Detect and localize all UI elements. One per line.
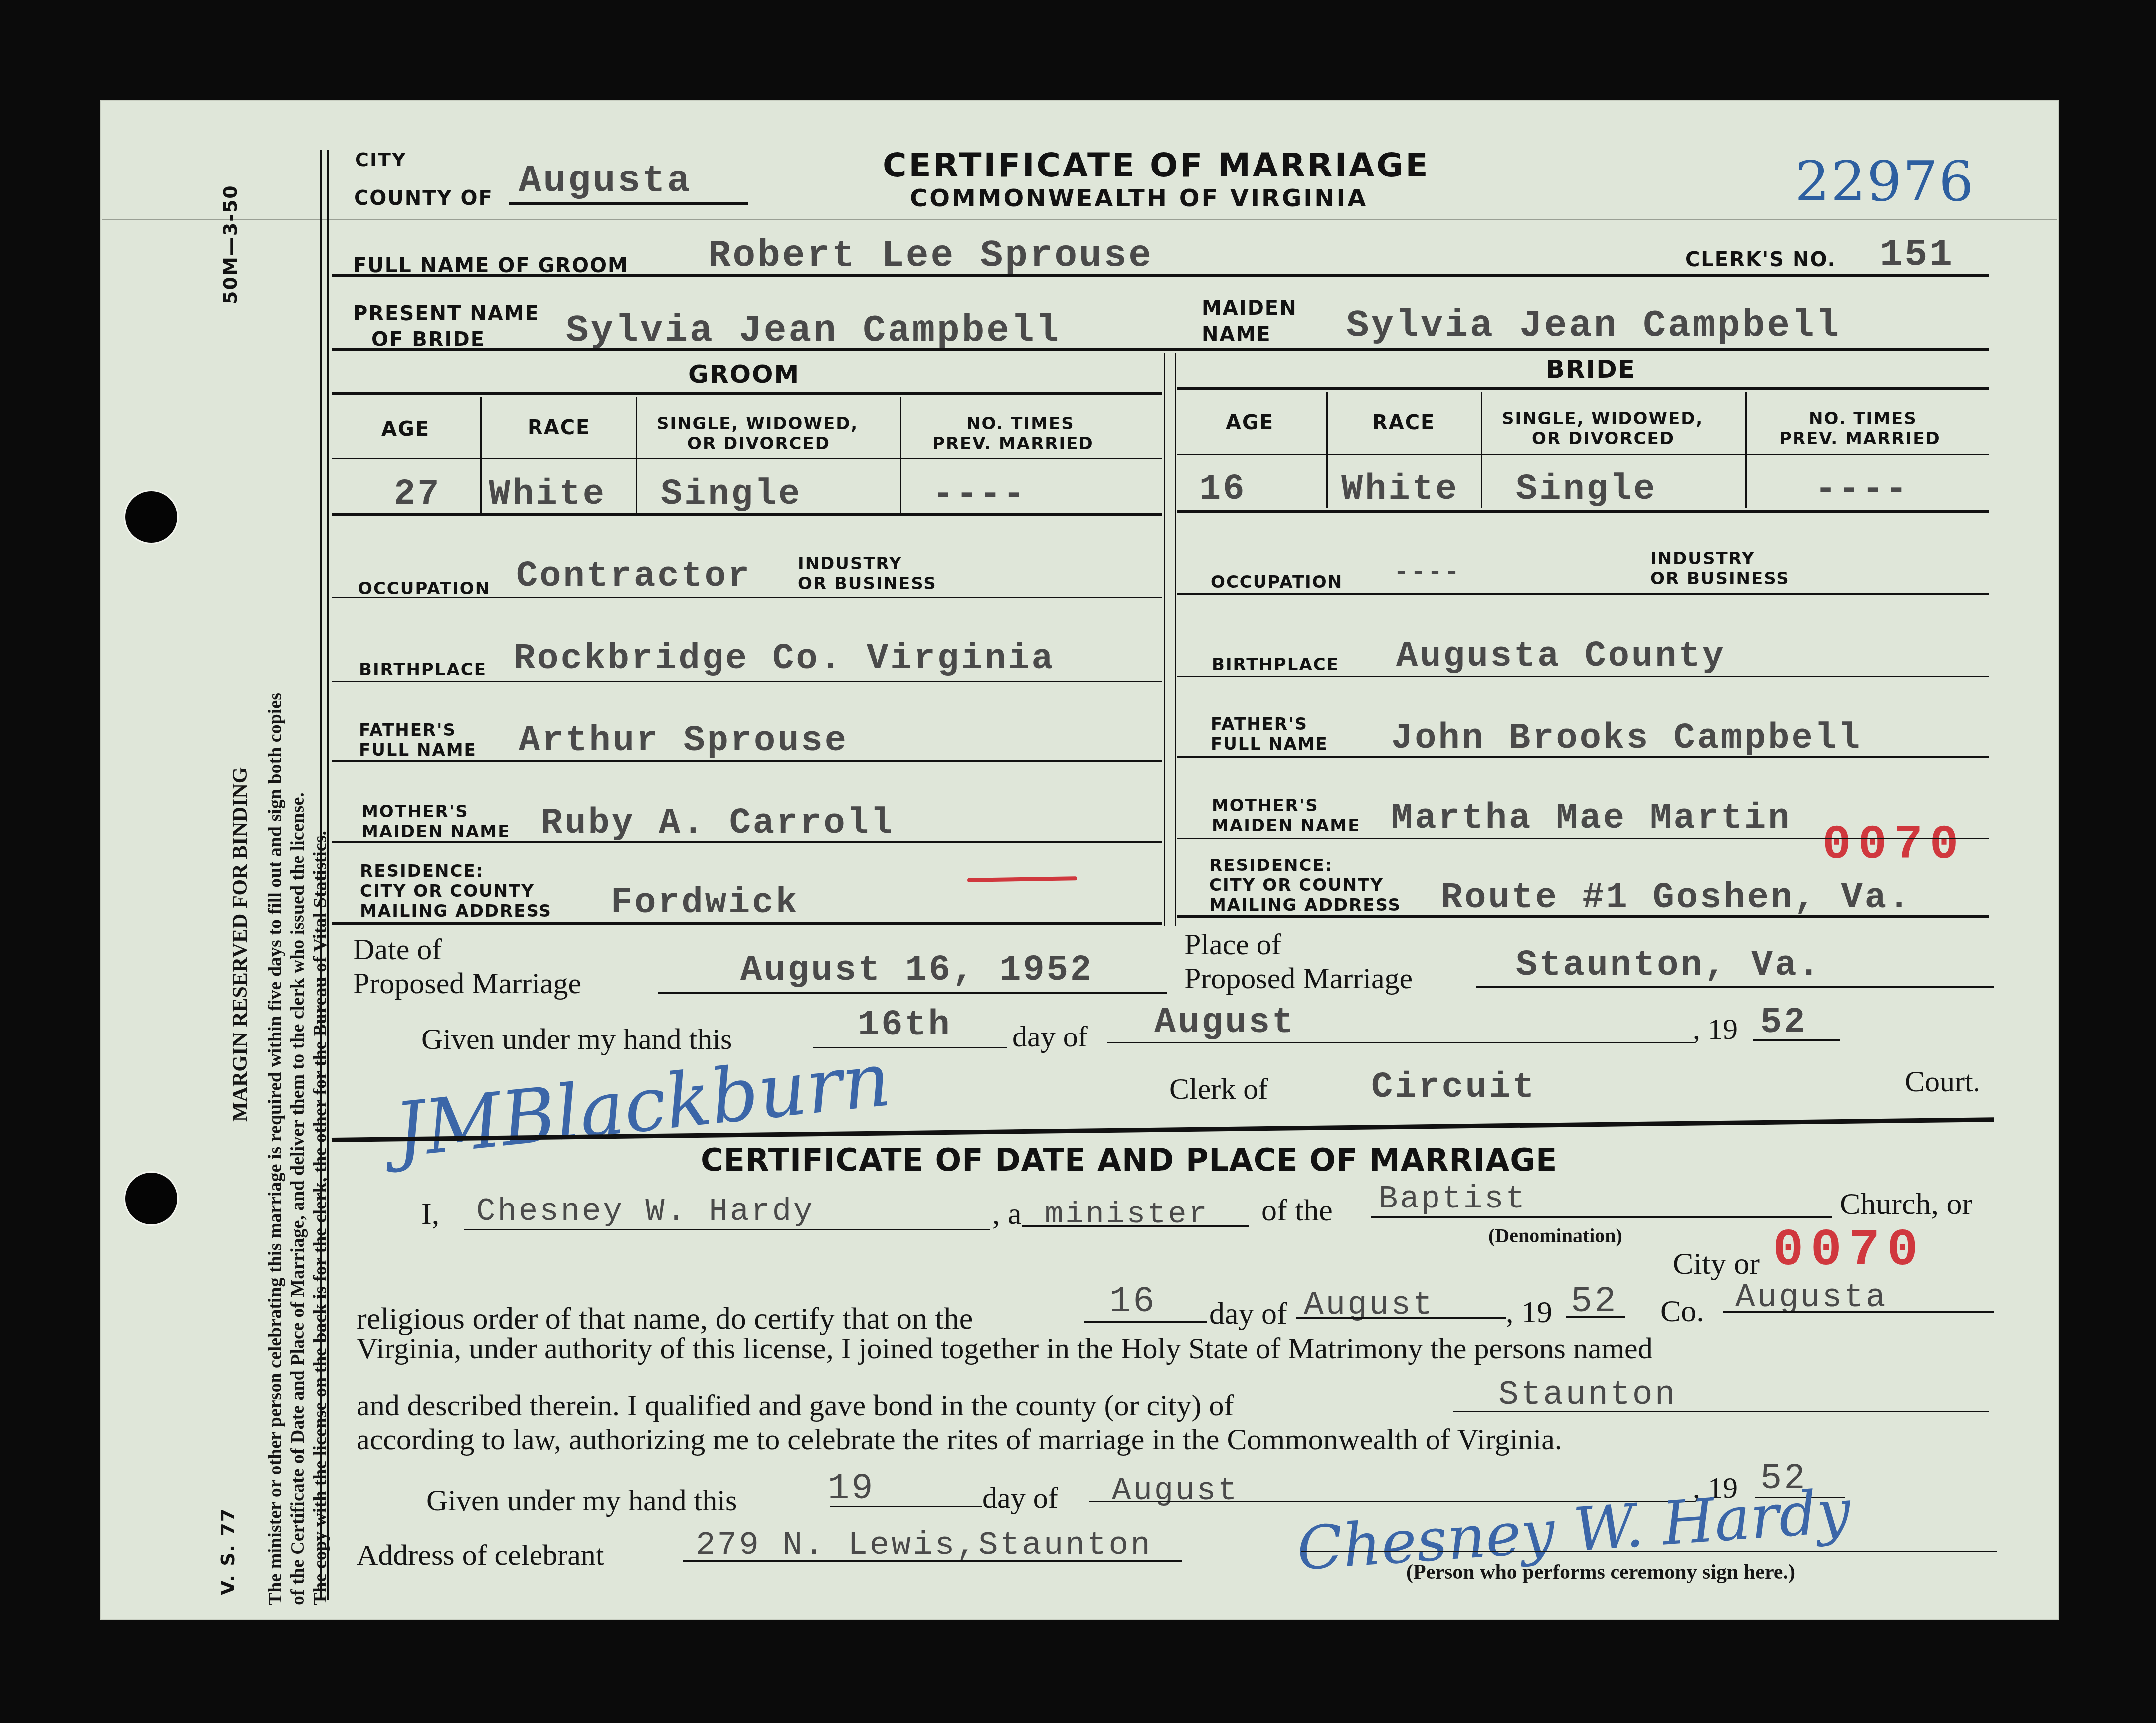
church-or-label: Church, or <box>1840 1187 1972 1222</box>
bride-occupation-label: OCCUPATION <box>1211 573 1343 591</box>
bride-maiden-label-2: NAME <box>1202 324 1271 345</box>
groom-residence-line <box>332 922 1162 925</box>
binding-hole-bottom <box>125 1173 177 1224</box>
groom-residence-label-2: CITY OR COUNTY <box>360 882 535 900</box>
ceremony-given-day: 19 <box>828 1468 875 1509</box>
groom-father: Arthur Sprouse <box>519 720 848 761</box>
county-underline <box>509 202 748 205</box>
bride-status: Single <box>1516 469 1657 510</box>
groom-col-times-2: PREV. MARRIED <box>932 435 1094 453</box>
bride-mother-label-2: MAIDEN NAME <box>1212 817 1360 835</box>
license-year-prefix: , 19 <box>1693 1012 1738 1046</box>
proposed-place-value: Staunton, Va. <box>1516 945 1822 986</box>
minister-title-line <box>1022 1225 1249 1227</box>
bride-col-sep-3 <box>1745 392 1747 508</box>
margin-rule-right <box>327 150 329 1600</box>
ceremony-county-line <box>1723 1311 1994 1313</box>
bride-section-title: BRIDE <box>1546 355 1636 384</box>
proposed-date-value: August 16, 1952 <box>740 950 1093 991</box>
bride-industry-label-2: OR BUSINESS <box>1650 570 1790 588</box>
fold-line <box>102 219 2057 220</box>
bride-col-status-1: SINGLE, WIDOWED, <box>1502 410 1703 428</box>
bride-occupation: ---- <box>1394 558 1461 587</box>
groom-residence-label-1: RESIDENCE: <box>360 862 484 880</box>
bride-birthplace-label: BIRTHPLACE <box>1212 656 1339 674</box>
license-given-month: August <box>1154 1002 1295 1043</box>
bride-residence-label-2: CITY OR COUNTY <box>1209 876 1384 894</box>
bond-city: Staunton <box>1498 1376 1677 1414</box>
ceremony-given-label: Given under my hand this <box>426 1483 737 1518</box>
groom-father-label-1: FATHER'S <box>359 721 456 739</box>
county-label: COUNTY OF <box>354 187 493 210</box>
groom-values-line <box>332 513 1162 516</box>
groom-col-times-1: NO. TIMES <box>966 415 1075 433</box>
ceremony-line2: Virginia, under authority of this licens… <box>357 1331 1653 1366</box>
bride-stamp-0070: 0070 <box>1822 818 1965 872</box>
proposed-date-line <box>658 992 1167 994</box>
bride-col-sep-2 <box>1481 392 1482 508</box>
bride-col-times-1: NO. TIMES <box>1809 410 1917 428</box>
groom-father-line <box>332 760 1162 762</box>
groom-age: 27 <box>394 474 441 515</box>
bride-values-line <box>1177 510 1989 513</box>
groom-col-status-2: OR DIVORCED <box>687 435 830 453</box>
ceremony-given-month: August <box>1112 1473 1239 1509</box>
bride-father: John Brooks Campbell <box>1391 718 1862 759</box>
ceremony-year-line <box>1566 1316 1625 1318</box>
clerk-of-label: Clerk of <box>1169 1072 1268 1106</box>
ceremony-of-the-label: of the <box>1261 1193 1333 1228</box>
bride-occupation-line <box>1177 593 1989 595</box>
bride-residence-label-3: MAILING ADDRESS <box>1209 896 1401 914</box>
license-given-label: Given under my hand this <box>421 1022 732 1056</box>
groom-occupation: Contractor <box>516 556 751 597</box>
minister-name-line <box>464 1229 990 1230</box>
bride-age: 16 <box>1199 469 1246 510</box>
bride-residence: Route #1 Goshen, Va. <box>1441 877 1912 918</box>
groom-col-age: AGE <box>381 419 430 440</box>
celebrant-address-line <box>683 1560 1182 1562</box>
groom-section-title: GROOM <box>688 360 800 389</box>
ceremony-a-label: , a <box>992 1197 1022 1232</box>
denomination-value: Baptist <box>1379 1182 1527 1217</box>
bride-mother-line <box>1177 838 1989 839</box>
bride-father-label-1: FATHER'S <box>1211 715 1308 733</box>
license-given-year: 52 <box>1760 1002 1807 1043</box>
ceremony-stamp-0070: 0070 <box>1773 1221 1925 1280</box>
date-label-2: Proposed Marriage <box>353 966 581 1001</box>
court-label: Court. <box>1905 1064 1980 1099</box>
ceremony-line4: according to law, authorizing me to cele… <box>357 1422 1562 1457</box>
place-label-2: Proposed Marriage <box>1184 961 1413 996</box>
groom-occupation-label: OCCUPATION <box>358 580 490 598</box>
place-label-1: Place of <box>1184 927 1281 962</box>
ceremony-county: Augusta <box>1735 1279 1887 1316</box>
minister-name: Chesney W. Hardy <box>476 1194 815 1230</box>
minister-signature-line <box>1301 1551 1997 1552</box>
groom-times-married: ---- <box>932 474 1027 515</box>
margin-rule-left <box>320 150 322 1600</box>
bride-mother-label-1: MOTHER'S <box>1212 797 1319 815</box>
groom-father-label-2: FULL NAME <box>359 741 477 759</box>
groom-mother: Ruby A. Carroll <box>541 803 894 844</box>
ceremony-month-line <box>1296 1317 1506 1319</box>
groom-race: White <box>489 474 606 515</box>
groom-birthplace-line <box>332 681 1162 682</box>
license-given-year-line <box>1753 1039 1840 1041</box>
denomination-caption: (Denomination) <box>1488 1224 1622 1247</box>
clerks-no-value: 151 <box>1880 233 1954 276</box>
bride-col-age: AGE <box>1226 412 1274 433</box>
bride-col-times-2: PREV. MARRIED <box>1779 430 1941 448</box>
bride-present-label-1: PRESENT NAME <box>353 303 539 324</box>
center-divider-right <box>1175 353 1176 926</box>
license-day-of-label: day of <box>1012 1020 1088 1054</box>
signature-caption: (Person who performs ceremony sign here.… <box>1406 1560 1795 1584</box>
date-label-1: Date of <box>353 932 442 967</box>
bride-colhead-line <box>1177 454 1989 455</box>
bride-birthplace-line <box>1177 676 1989 677</box>
bride-race: White <box>1341 469 1459 510</box>
bride-industry-label-1: INDUSTRY <box>1650 550 1755 568</box>
ceremony-given-day-of: day of <box>982 1481 1058 1515</box>
bride-header-line <box>1177 387 1989 390</box>
city-or-label: City or <box>1673 1246 1760 1282</box>
bride-present-value: Sylvia Jean Campbell <box>566 309 1061 352</box>
bride-father-line <box>1177 756 1989 758</box>
bride-father-label-2: FULL NAME <box>1211 735 1328 753</box>
bride-times-married: ---- <box>1815 469 1909 510</box>
ceremony-section-title: CERTIFICATE OF DATE AND PLACE OF MARRIAG… <box>701 1142 1557 1178</box>
groom-birthplace: Rockbridge Co. Virginia <box>514 638 1055 679</box>
groom-col-sep-2 <box>636 397 637 513</box>
clerk-court-value: Circuit <box>1371 1067 1536 1108</box>
proposed-place-line <box>1476 986 1994 988</box>
ceremony-line3-prefix: and described therein. I qualified and g… <box>357 1388 1234 1423</box>
ceremony-year-prefix: , 19 <box>1506 1295 1552 1330</box>
groom-name-line <box>332 274 1989 277</box>
bond-city-line <box>1453 1411 1989 1412</box>
city-label: CITY <box>355 149 406 171</box>
groom-header-line <box>332 392 1162 395</box>
bride-col-status-2: OR DIVORCED <box>1532 430 1675 448</box>
groom-residence-label-3: MAILING ADDRESS <box>360 902 552 920</box>
groom-col-status-1: SINGLE, WIDOWED, <box>657 415 858 433</box>
groom-mother-label-2: MAIDEN NAME <box>361 823 510 841</box>
groom-mother-label-1: MOTHER'S <box>361 803 469 821</box>
groom-industry-label-2: OR BUSINESS <box>798 575 937 593</box>
bride-maiden-label-1: MAIDEN <box>1202 298 1297 319</box>
bride-col-race: RACE <box>1372 412 1435 433</box>
form-number: V. S. 77 <box>217 1508 239 1595</box>
bride-residence-line <box>1177 915 1989 918</box>
ceremony-day-of-label: day of <box>1209 1296 1287 1332</box>
bride-name-line <box>332 348 1989 351</box>
groom-status: Single <box>661 474 802 515</box>
bride-mother: Martha Mae Martin <box>1391 798 1792 839</box>
groom-occupation-line <box>332 597 1162 598</box>
binding-hole-top <box>125 491 177 543</box>
ceremony-day: 16 <box>1109 1281 1156 1322</box>
denomination-line <box>1371 1216 1832 1218</box>
groom-name-value: Robert Lee Sprouse <box>708 234 1153 277</box>
groom-colhead-line <box>332 458 1162 459</box>
celebrant-address-label: Address of celebrant <box>357 1538 604 1572</box>
ceremony-co-label: Co. <box>1660 1294 1704 1329</box>
certificate-number: 22976 <box>1795 150 1975 213</box>
clerks-no-label: CLERK'S NO. <box>1685 248 1836 271</box>
margin-instruction-1: The minister or other person celebrating… <box>264 693 286 1605</box>
groom-residence: Fordwick <box>611 882 799 923</box>
bride-residence-label-1: RESIDENCE: <box>1209 857 1333 874</box>
groom-industry-label-1: INDUSTRY <box>798 555 902 573</box>
form-code: 50M—3-50 <box>219 184 241 304</box>
ceremony-day-line <box>1084 1321 1207 1323</box>
ceremony-i-label: I, <box>421 1197 439 1232</box>
groom-col-sep-3 <box>900 397 901 513</box>
margin-heading: MARGIN RESERVED FOR BINDING <box>228 767 252 1122</box>
groom-col-sep-1 <box>480 397 482 513</box>
bride-col-sep-1 <box>1326 392 1328 508</box>
county-value: Augusta <box>519 160 692 202</box>
certificate-title: CERTIFICATE OF MARRIAGE <box>883 146 1430 184</box>
margin-instruction-2: of the Certificate of Date and Place of … <box>287 792 309 1605</box>
bride-present-label-2: OF BRIDE <box>371 329 485 350</box>
bride-birthplace: Augusta County <box>1396 636 1726 677</box>
bride-maiden-value: Sylvia Jean Campbell <box>1346 304 1841 347</box>
ceremony-given-day-line <box>830 1506 982 1507</box>
certificate-subtitle: COMMONWEALTH OF VIRGINIA <box>910 184 1368 212</box>
groom-mother-line <box>332 841 1162 843</box>
groom-col-race: RACE <box>528 417 590 438</box>
groom-birthplace-label: BIRTHPLACE <box>359 661 487 679</box>
celebrant-address-value: 279 N. Lewis,Staunton <box>696 1527 1152 1564</box>
center-divider-left <box>1164 353 1165 926</box>
license-given-month-line <box>1107 1042 1695 1043</box>
